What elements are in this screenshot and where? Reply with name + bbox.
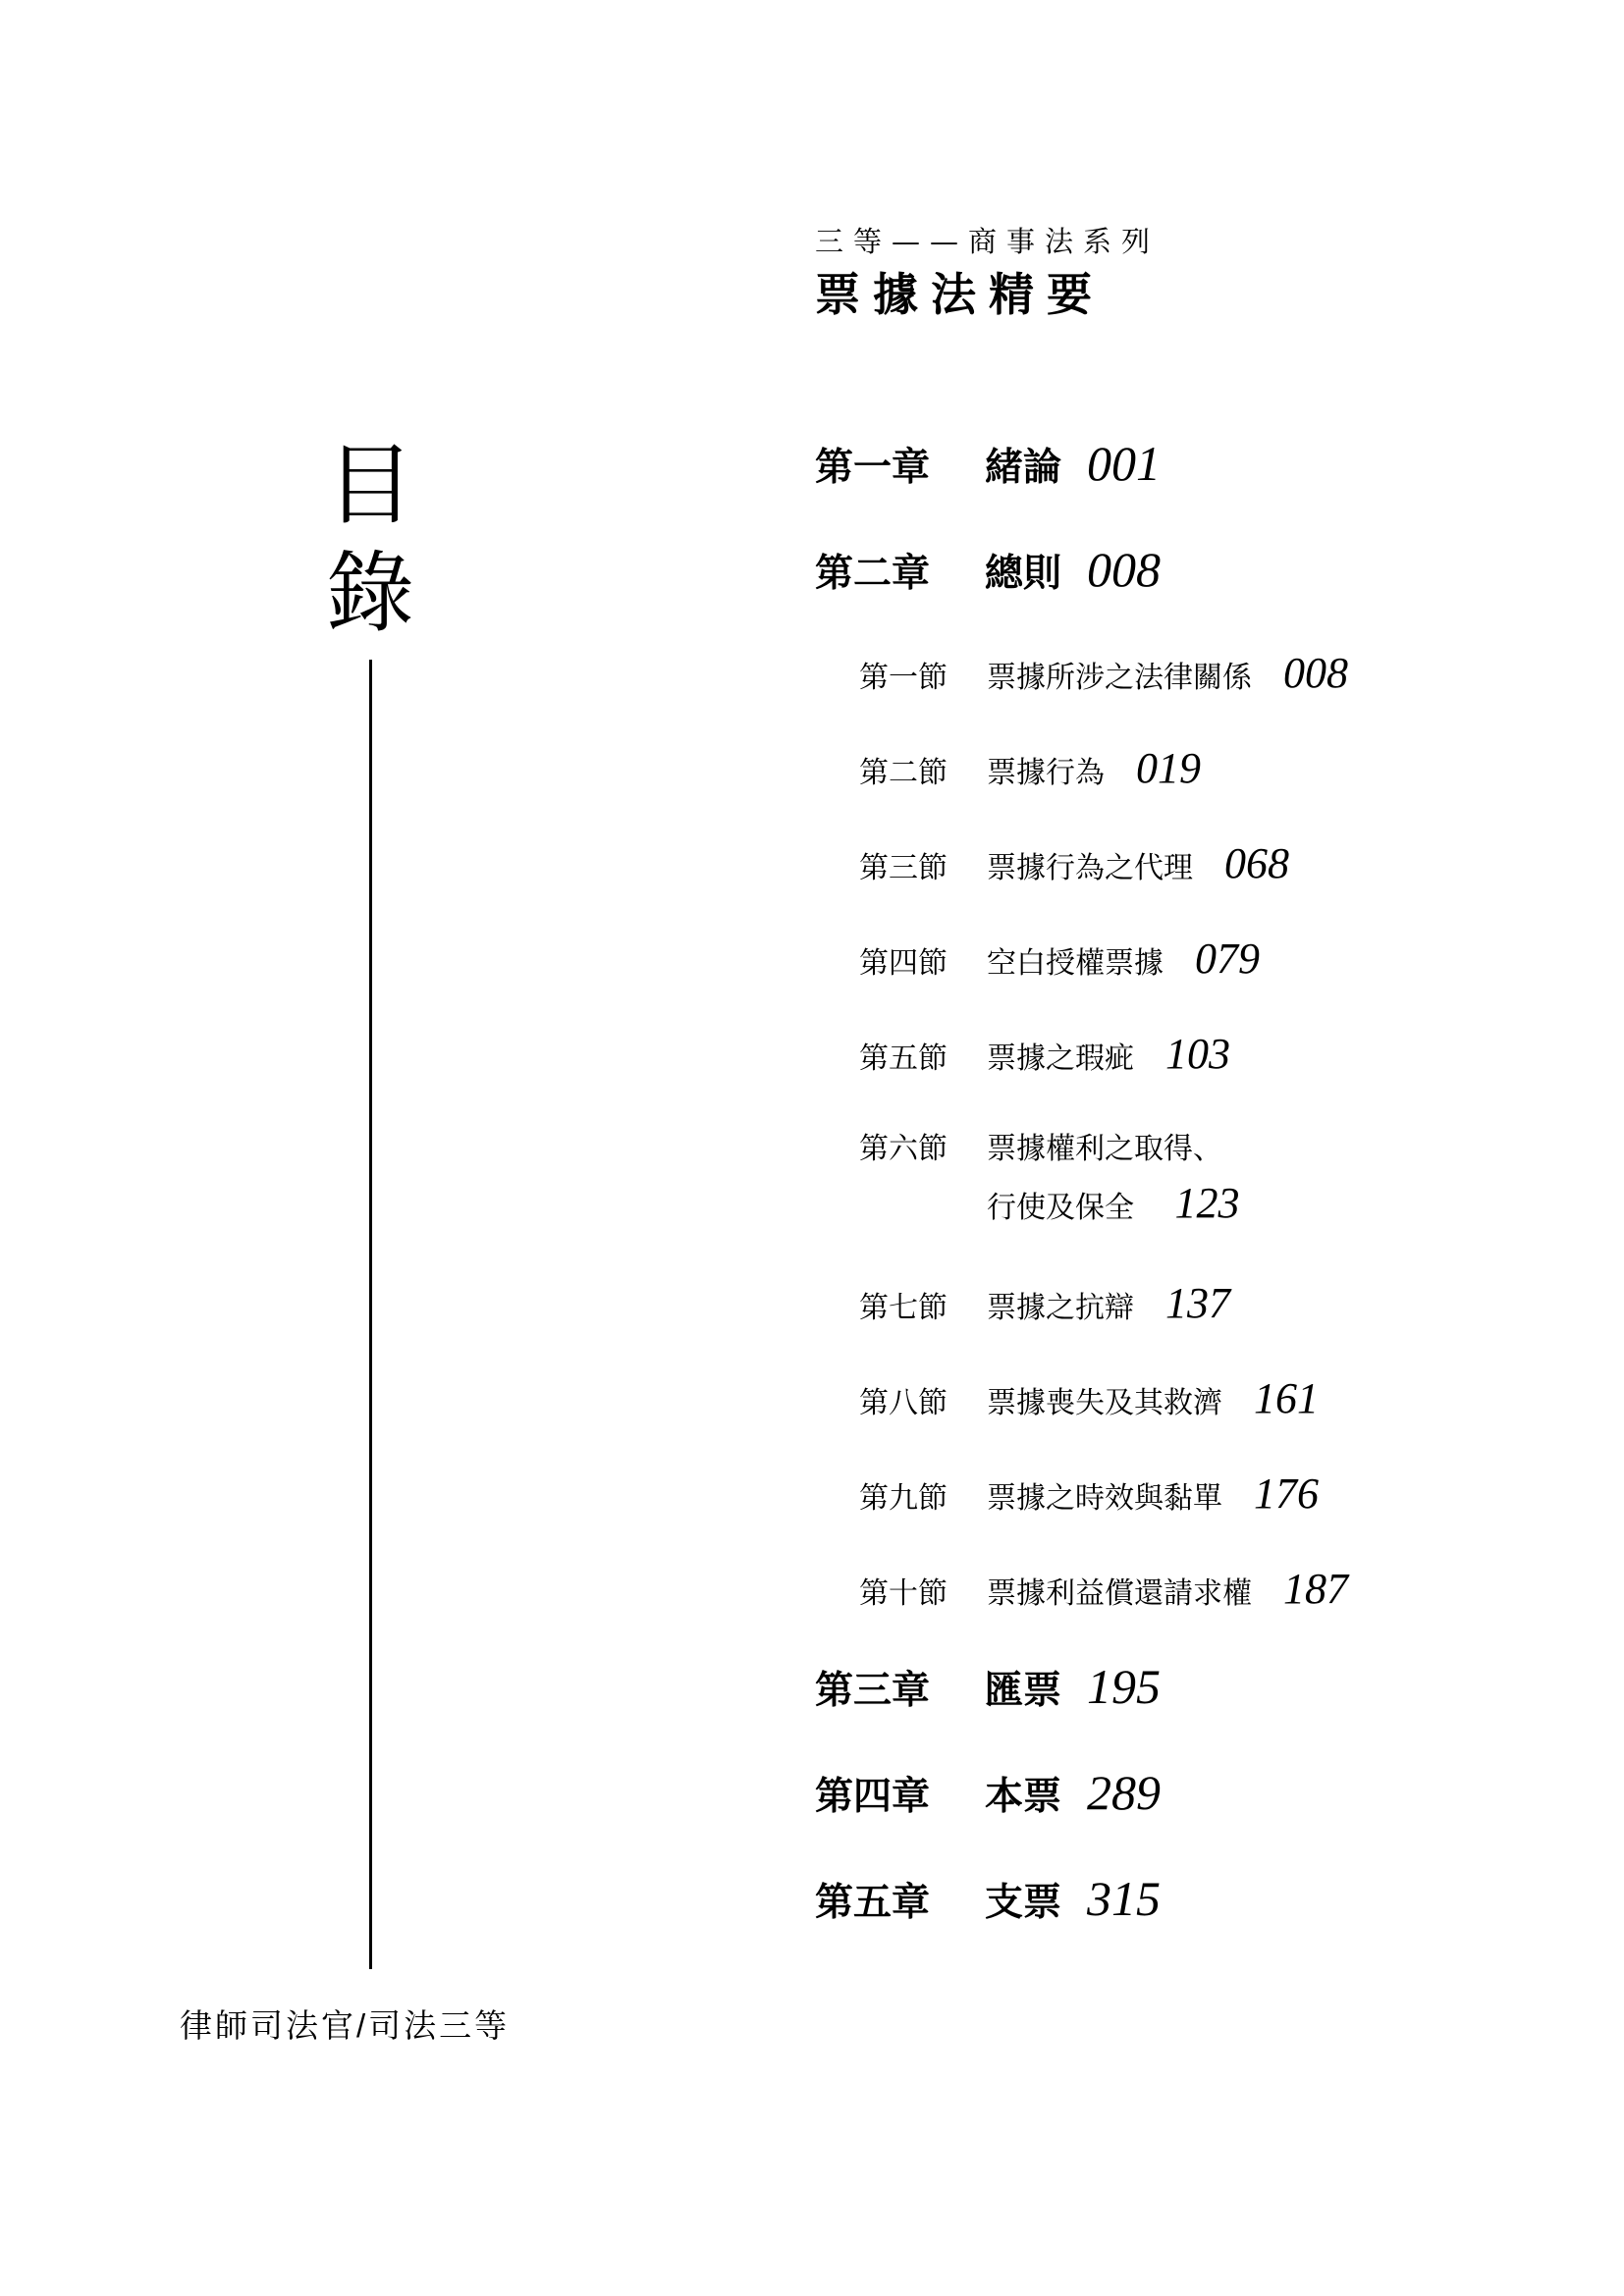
book-header: 三等——商事法系列 票據法精要 [815,222,1160,322]
toc-chapter-row: 第一章 緒論 001 [815,440,1443,487]
page-number: 001 [1087,440,1161,487]
toc-heading: 目錄 [314,438,408,654]
section-title-line2-text: 行使及保全 [987,1191,1134,1225]
section-title: 票據之抗辯 [987,1287,1134,1330]
toc-section-row: 第四節 空白授權票據 079 [859,937,1443,981]
toc-section-row: 第二節 票據行為 019 [859,747,1443,790]
section-number-label: 第六節 [859,1128,987,1171]
chapter-title: 匯票 [985,1667,1061,1714]
book-title: 票據法精要 [815,267,1160,322]
series-label: 三等——商事法系列 [815,222,1160,261]
section-number-label: 第一節 [859,657,987,700]
toc-section-row: 第十節 票據利益償還請求權 187 [859,1568,1443,1611]
section-title: 票據權利之取得、 行使及保全 123 [987,1128,1240,1230]
toc-section-row: 第六節 票據權利之取得、 行使及保全 123 [859,1128,1443,1230]
page-number: 123 [1175,1179,1240,1227]
section-number-label: 第二節 [859,752,987,795]
page-number: 079 [1195,937,1260,981]
page-number: 137 [1165,1282,1230,1325]
page-number: 315 [1087,1875,1161,1922]
toc-section-row: 第九節 票據之時效與黏單 176 [859,1472,1443,1516]
section-number-label: 第十節 [859,1573,987,1616]
section-number-label: 第七節 [859,1287,987,1330]
page-number: 161 [1254,1377,1319,1420]
toc-section-row: 第一節 票據所涉之法律關係 008 [859,652,1443,695]
section-title: 票據之瑕疵 [987,1038,1134,1081]
chapter-title: 支票 [985,1879,1061,1926]
page-number: 019 [1136,747,1201,790]
toc-section-row: 第八節 票據喪失及其救濟 161 [859,1377,1443,1420]
section-number-label: 第八節 [859,1382,987,1425]
chapter-number-label: 第四章 [815,1773,985,1820]
page-number: 289 [1087,1769,1161,1816]
section-title: 票據利益償還請求權 [987,1573,1252,1616]
page-number: 103 [1165,1033,1230,1076]
section-title-line1: 票據權利之取得、 [987,1128,1240,1171]
page-number: 068 [1224,842,1289,885]
toc-page: 三等——商事法系列 票據法精要 目錄 第一章 緒論 001 第二章 總則 008… [0,0,1624,2296]
section-title: 空白授權票據 [987,942,1164,986]
toc-section-row: 第七節 票據之抗辯 137 [859,1282,1443,1325]
page-number: 008 [1087,546,1161,593]
toc-chapter-row: 第五章 支票 315 [815,1875,1443,1922]
vertical-divider [369,660,372,1969]
chapter-title: 本票 [985,1773,1061,1820]
toc-section-row: 第五節 票據之瑕疵 103 [859,1033,1443,1076]
page-number: 187 [1283,1568,1348,1611]
toc-chapter-row: 第四章 本票 289 [815,1769,1443,1816]
section-title-line2: 行使及保全 123 [987,1182,1240,1230]
section-number-label: 第三節 [859,847,987,890]
toc-section-row: 第三節 票據行為之代理 068 [859,842,1443,885]
section-title: 票據行為之代理 [987,847,1193,890]
chapter-title: 緒論 [985,444,1061,491]
section-title: 票據之時效與黏單 [987,1477,1222,1521]
page-number: 008 [1283,652,1348,695]
page-number: 195 [1087,1663,1161,1710]
section-number-label: 第九節 [859,1477,987,1521]
chapter-title: 總則 [985,550,1061,597]
footer-exam-label: 律師司法官/司法三等 [180,2001,510,2047]
toc-list: 第一章 緒論 001 第二章 總則 008 第一節 票據所涉之法律關係 008 … [815,440,1443,1981]
toc-chapter-row: 第三章 匯票 195 [815,1663,1443,1710]
section-title: 票據所涉之法律關係 [987,657,1252,700]
section-number-label: 第五節 [859,1038,987,1081]
page-number: 176 [1254,1472,1319,1516]
chapter-number-label: 第二章 [815,550,985,597]
section-title: 票據行為 [987,752,1105,795]
chapter-number-label: 第一章 [815,444,985,491]
section-title: 票據喪失及其救濟 [987,1382,1222,1425]
chapter-number-label: 第五章 [815,1879,985,1926]
toc-chapter-row: 第二章 總則 008 [815,546,1443,593]
section-number-label: 第四節 [859,942,987,986]
chapter-number-label: 第三章 [815,1667,985,1714]
